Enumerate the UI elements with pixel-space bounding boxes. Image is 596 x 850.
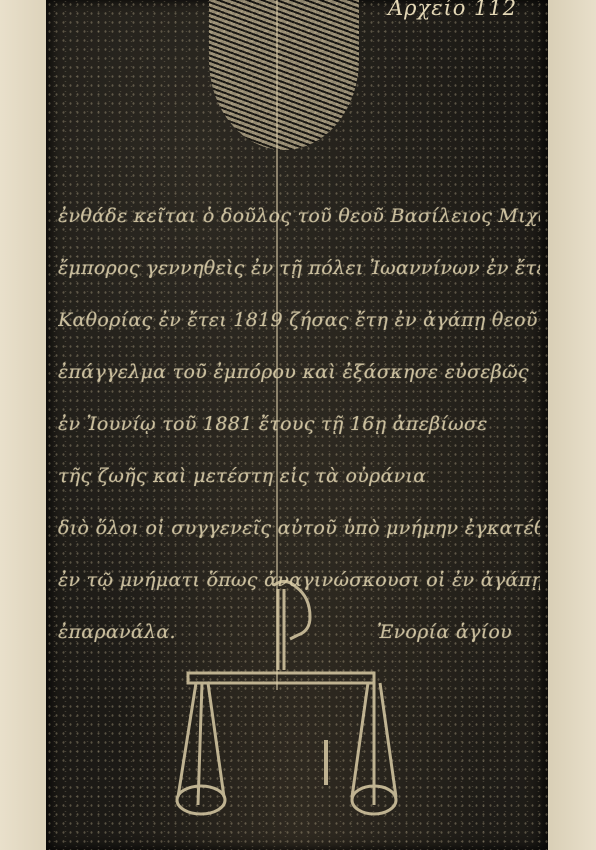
inscribed-stone-rubbing: Αρχείο 112 ἐνθάδε κεῖται ὁ δοῦλος τοῦ θε… [46,0,548,850]
paper-margin-right [548,0,596,850]
inscription-line: ἔμπορος γεννηθεὶς ἐν τῇ πόλει Ἰωαννίνων … [58,248,540,300]
inscription-line: ἐπάγγελμα τοῦ ἐμπόρου καὶ ἐξάσκησε εὐσεβ… [58,352,540,404]
final-line-left: ἐπαρανάλα. [58,612,176,664]
inscription-line: διὸ ὅλοι οἱ συγγενεῖς αὐτοῦ ὑπὸ μνήμην ἐ… [58,508,540,560]
inscription-line: ἐνθάδε κεῖται ὁ δοῦλος τοῦ θεοῦ Βασίλειο… [58,196,540,248]
inscription-line: τῆς ζωῆς καὶ μετέστη εἰς τὰ οὐράνια [58,456,540,508]
archive-number-label: Αρχείο 112 [388,0,517,20]
inscription-line: ἐν Ἰουνίῳ τοῦ 1881 ἔτους τῇ 16ῃ ἀπεβίωσε [58,404,540,456]
balance-scale-icon [174,575,414,835]
inscription-line: Καθορίας ἐν ἔτει 1819 ζήσας ἔτη ἐν ἀγάπῃ… [58,300,540,352]
paper-margin-left [0,0,46,850]
